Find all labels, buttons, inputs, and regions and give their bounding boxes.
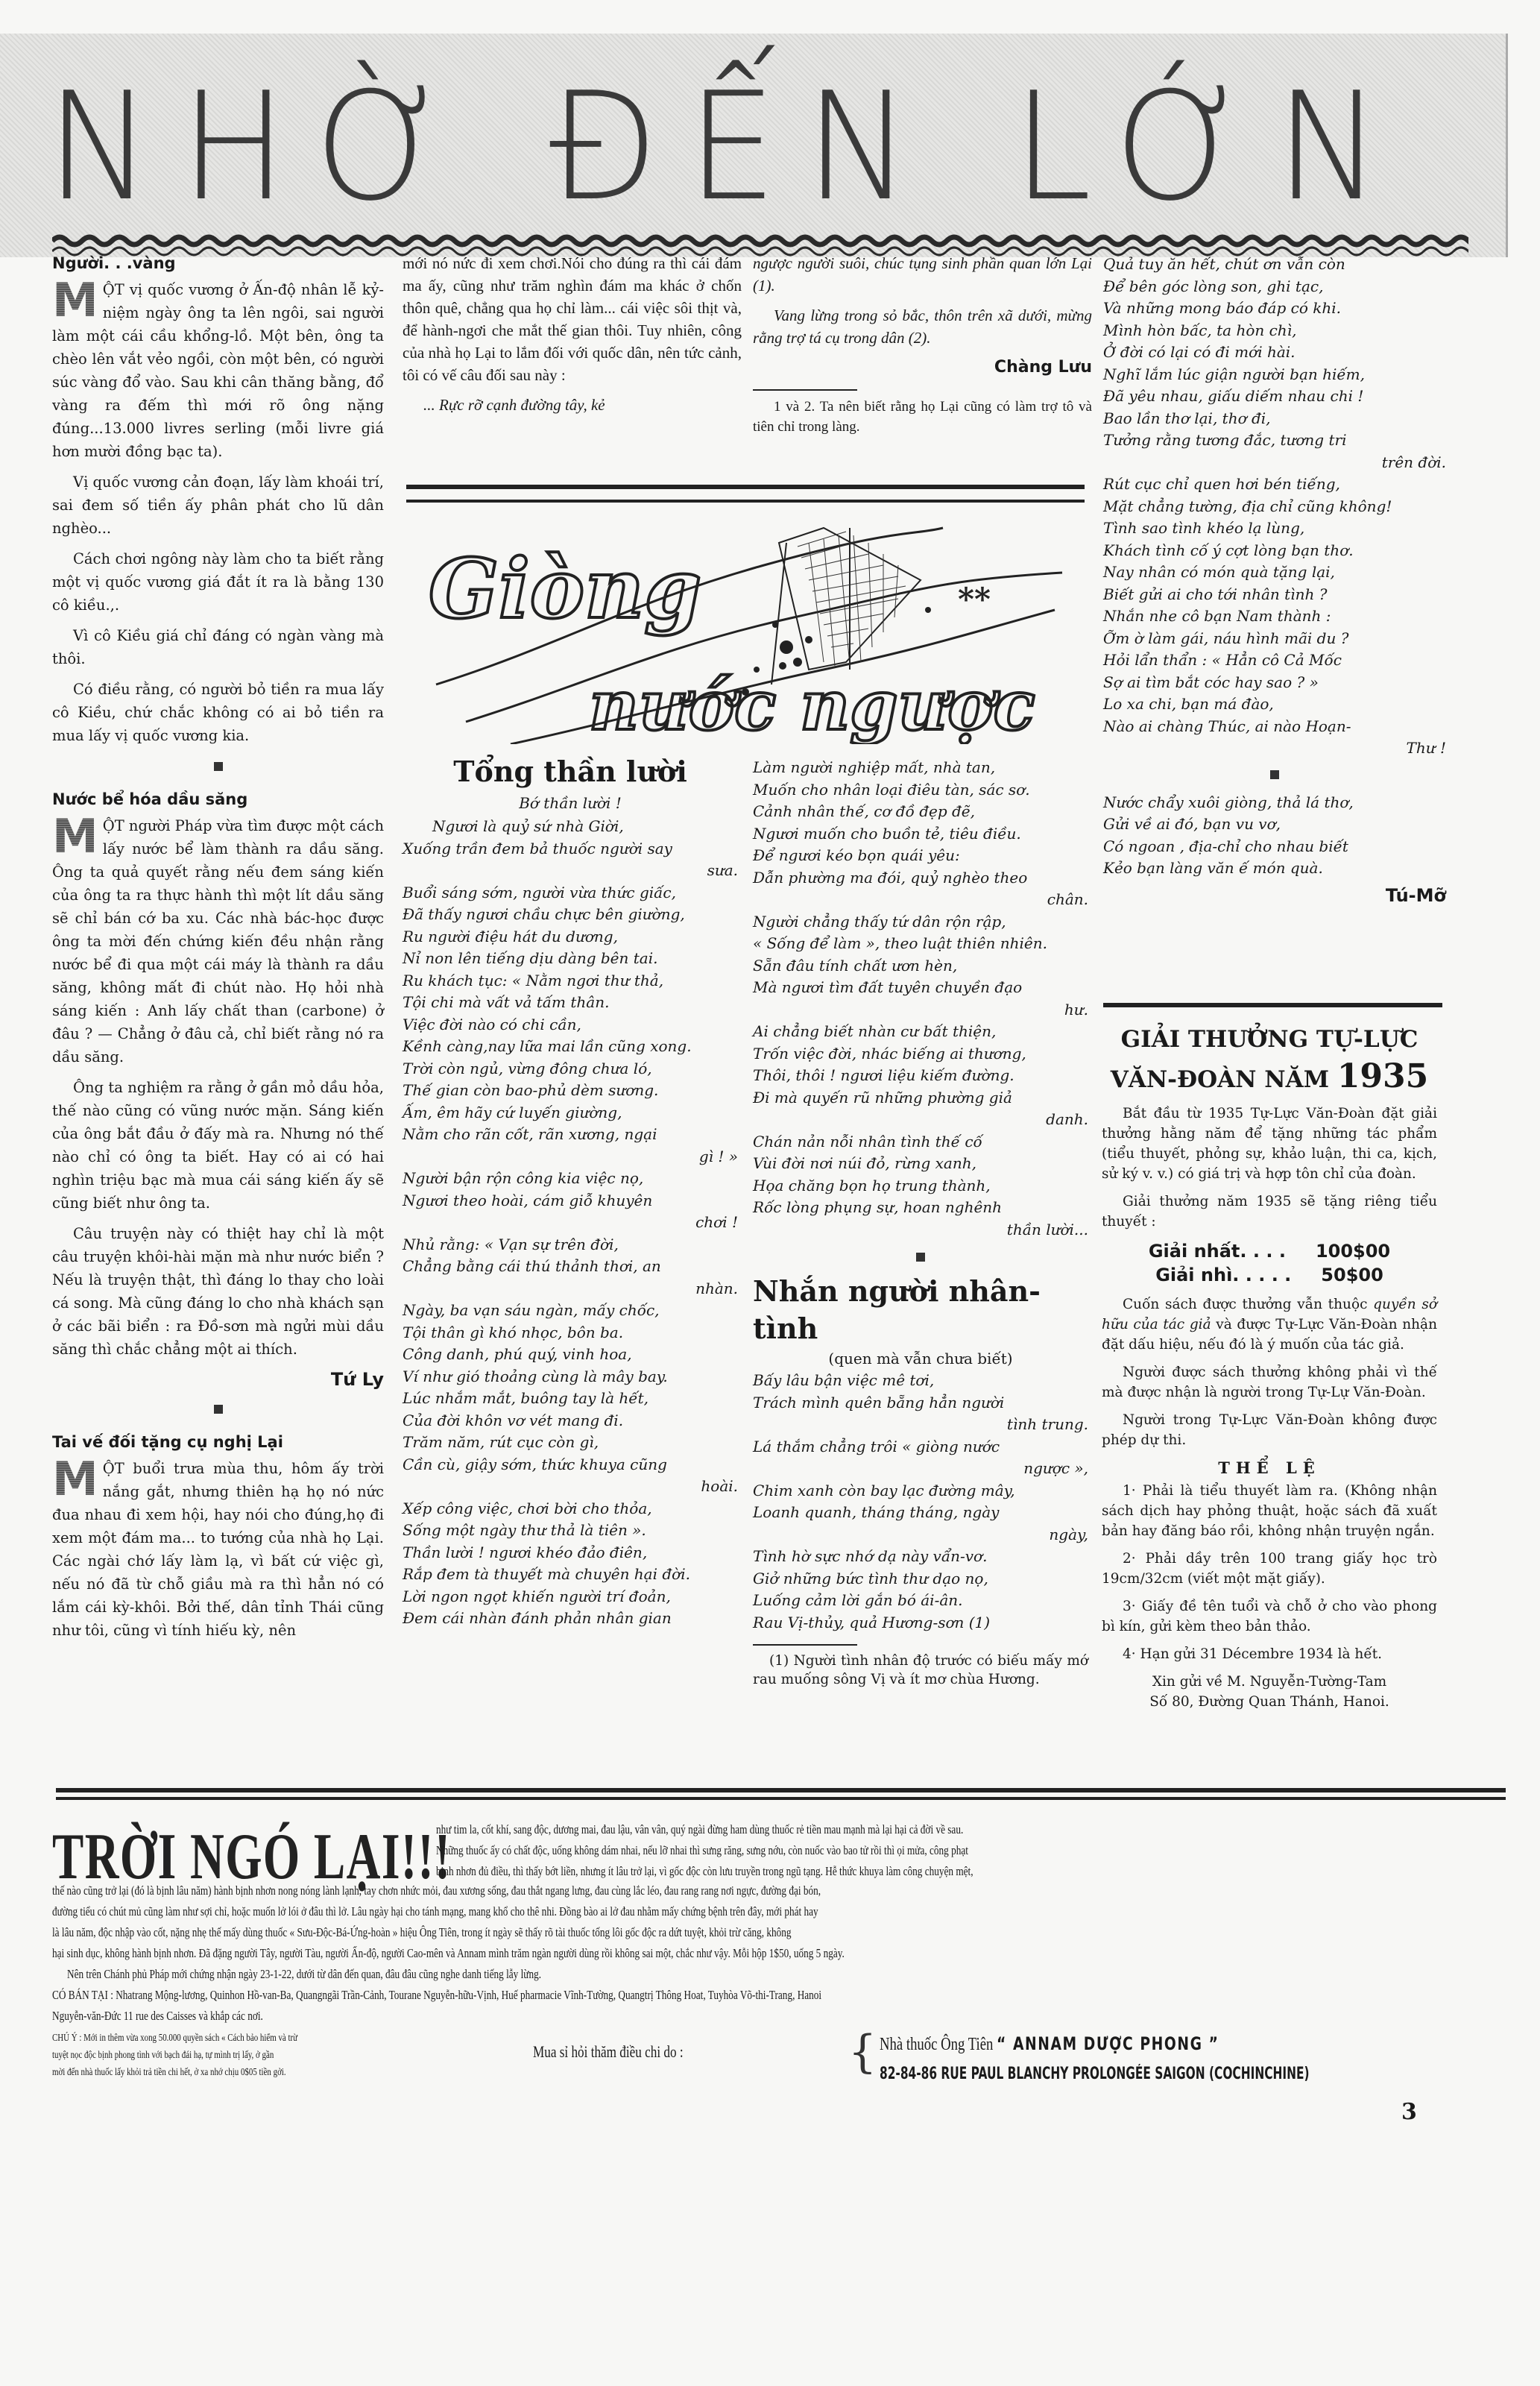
- poem-line: Thần lười ! ngươi khéo đảo điên,: [403, 1542, 738, 1564]
- footnote-divider: [753, 1644, 857, 1646]
- article-paragraph: Cách chơi ngông này làm cho ta biết rằng…: [52, 547, 384, 617]
- poem-line: Và những mong báo đáp có khi.: [1103, 298, 1446, 320]
- advert-text-line: là lâu năm, độc nhập vào cốt, nặng nhẹ t…: [52, 1922, 792, 1942]
- poem-line: Rút cục chỉ quen hơi bén tiếng,: [1103, 473, 1446, 496]
- column-3-top: ngược người suôi, chúc tụng sinh phần qu…: [753, 252, 1092, 444]
- poem-line: Ví như gió thoảng cùng là mây bay.: [403, 1366, 738, 1388]
- advert-text-line: CÓ BÁN TẠI : Nhatrang Mộng-lương, Quinho…: [52, 1985, 821, 2005]
- poem-line: Sẵn đâu tính chất ươn hèn,: [753, 955, 1088, 978]
- prize-announcement: GIẢI THƯỞNG TỰ-LỰC VĂN-ĐOÀN NĂM 1935 Bắt…: [1102, 1022, 1437, 1712]
- poem-line: Rau Vị-thủy, quả Hương-sơn (1): [753, 1612, 1088, 1634]
- poem-line: Nghĩ lắm lúc giận người bạn hiếm,: [1103, 364, 1446, 386]
- poem-line: chân.: [753, 889, 1088, 911]
- rule-item: 4· Hạn gửi 31 Décembre 1934 là hết.: [1102, 1644, 1437, 1664]
- poem-line: Lời ngon ngọt khiến người trí đoản,: [403, 1586, 738, 1608]
- advert-notice: tuyệt nọc độc bịnh phong tình với bạch đ…: [52, 2047, 274, 2064]
- poem-line: Tưởng rằng tương đắc, tương tri: [1103, 429, 1446, 452]
- article-heading-nguoi-vang: Người. . .vàng: [52, 252, 384, 275]
- address-line: Số 80, Đường Quan Thánh, Hanoi.: [1102, 1692, 1437, 1712]
- article-paragraph: Vị quốc vương cản đoạn, lấy làm khoái tr…: [52, 470, 384, 540]
- article-paragraph: Ông ta nghiệm ra rằng ở gần mỏ dầu hỏa, …: [52, 1076, 384, 1215]
- dropcap-letter: M: [52, 280, 98, 321]
- dropcap-letter: M: [52, 816, 98, 857]
- poem-line: Xếp công việc, chơi bời cho thỏa,: [403, 1498, 738, 1520]
- poem-line: Chẳng bằng cái thú thảnh thơi, an: [403, 1256, 738, 1278]
- poem-line: Nào ai chàng Thúc, ai nào Hoạn-: [1103, 716, 1446, 738]
- article-paragraph: Vì cô Kiều giá chỉ đáng có ngàn vàng mà …: [52, 624, 384, 670]
- poem-line: Bao lần thơ lại, thơ đi,: [1103, 408, 1446, 430]
- poem-line: Đi mà quyến rũ những phường giả: [753, 1087, 1088, 1109]
- poem-line: Ngươi theo hoài, cám giỗ khuyên: [403, 1190, 738, 1212]
- dropcap-letter: M: [52, 1458, 98, 1500]
- poem-line: « Sống để làm », theo luật thiên nhiên.: [753, 933, 1088, 955]
- footnote: (1) Người tình nhân độ trước có biếu mấy…: [753, 1652, 1088, 1689]
- illustration-title-line-1: Giòng: [429, 541, 701, 637]
- poem-line: Hỏi lẩn thẩn : « Hẳn cô Cả Mốc: [1103, 649, 1446, 672]
- couplet-quote: ... Rực rỡ cạnh đường tây, kẻ: [403, 394, 742, 416]
- poem-line: Dẫn phường ma đói, quỷ nghèo theo: [753, 867, 1088, 890]
- poem-line: Trốn việc đời, nhác biếng ai thương,: [753, 1043, 1088, 1065]
- prize-title-line-2: VĂN-ĐOÀN NĂM 1935: [1102, 1057, 1437, 1099]
- rule-item: 3· Giấy đề tên tuổi và chỗ ở cho vào pho…: [1102, 1596, 1437, 1637]
- advert-text-line: Nên trên Chánh phủ Pháp mới chứng nhận n…: [67, 1964, 541, 1984]
- poem-line: Vùi đời nơi núi đỏ, rừng xanh,: [753, 1153, 1088, 1175]
- poem-line: Tội thân gì khó nhọc, bôn ba.: [403, 1322, 738, 1344]
- section-separator: [52, 755, 384, 778]
- article-heading-nuoc-be: Nước bể hóa dầu săng: [52, 788, 384, 811]
- poem-line: Công danh, phú quý, vinh hoa,: [403, 1344, 738, 1366]
- section-separator: [753, 1245, 1088, 1268]
- rule-item: 2· Phải dầy trên 100 trang giấy học trò …: [1102, 1549, 1437, 1589]
- poem-line: gì ! »: [403, 1146, 738, 1168]
- poem-line: trên đời.: [1103, 452, 1446, 474]
- poem-line: Ngươi muốn cho buồn tẻ, tiêu điều.: [753, 823, 1088, 846]
- poem-line: Lá thắm chẳng trôi « giòng nước: [753, 1436, 1088, 1458]
- advert-text-line: Nguyễn-văn-Đức 11 rue des Caisses và khắ…: [52, 2006, 263, 2026]
- author-signature: Chàng Lưu: [753, 356, 1092, 379]
- prize-intro-2: Giải thưởng năm 1935 sẽ tặng riêng tiểu …: [1102, 1192, 1437, 1232]
- advert-inquiry: Mua sỉ hỏi thăm điều chi do :: [533, 2042, 684, 2062]
- poem-line: Ỡm ờ làm gái, náu hình mãi du ?: [1103, 628, 1446, 650]
- advert-text-line: bịnh nhơn đủ điều, thì thấy bớt liền, nh…: [436, 1861, 973, 1881]
- poem-line: Ở đời có lại có đi mới hài.: [1103, 341, 1446, 364]
- advert-top-rule: [56, 1788, 1506, 1800]
- poem-tong-than-luoi-continued: Làm người nghiệp mất, nhà tan,Muốn cho n…: [753, 757, 1088, 1689]
- poem-line: Ai chẳng biết nhàn cư bất thiện,: [753, 1021, 1088, 1043]
- poem-line: hoài.: [403, 1476, 738, 1498]
- prize-paragraph: Người trong Tự-Lực Văn-Đoàn không được p…: [1102, 1410, 1437, 1450]
- advert-text-line: thế nào cũng trở lại (đó là bịnh lâu năm…: [52, 1880, 821, 1901]
- poem-line: Gửi về ai đó, bạn vu vơ,: [1103, 813, 1446, 836]
- poem-line: Sống một ngày thư thả là tiên ».: [403, 1520, 738, 1542]
- poem-line: Quả tuy ăn hết, chút ơn vẫn còn: [1103, 254, 1446, 276]
- poem-line: Ngươi là quỷ sứ nhà Giời,: [403, 816, 738, 838]
- poem-line: Thôi, thôi ! ngươi liệu kiếm đường.: [753, 1065, 1088, 1087]
- poem-line: Trăm năm, rút cục còn gì,: [403, 1432, 738, 1454]
- poem-line: Xuống trần đem bả thuốc người say: [403, 838, 738, 860]
- rule-divider: [1103, 1003, 1442, 1010]
- poem-line: Cần cù, giậy sớm, thức khuya cũng: [403, 1454, 738, 1476]
- poem-line: Loanh quanh, tháng tháng, ngày: [753, 1502, 1088, 1524]
- section-separator: [52, 1397, 384, 1420]
- rules-title: THỂ LỆ: [1102, 1458, 1437, 1478]
- article-paragraph: MỘT vị quốc vương ở Ấn-độ nhân lễ kỷ-niệ…: [52, 278, 384, 463]
- poem-line: Tội chi mà vất vả tấm thân.: [403, 992, 738, 1014]
- poem-line: thần lười...: [753, 1219, 1088, 1241]
- masthead-banner: NHỜ ĐẾN LỚN: [0, 34, 1508, 257]
- poem-line: Chim xanh còn bay lạc đường mây,: [753, 1480, 1088, 1502]
- poem-line: Rốc lòng phụng sự, hoan nghênh: [753, 1197, 1088, 1219]
- article-paragraph: MỘT buổi trưa mùa thu, hôm ấy trời nắng …: [52, 1457, 384, 1642]
- advert-shop-address: 82-84-86 RUE PAUL BLANCHY PROLONGÉE SAIG…: [880, 2064, 1310, 2084]
- advert-text-line: hại sinh dục, không hành bịnh nhơn. Đã đ…: [52, 1943, 845, 1963]
- article-paragraph: Có điều rằng, có người bỏ tiền ra mua lấ…: [52, 678, 384, 747]
- poem-line: Nằm cho rãn cốt, rãn xương, ngại: [403, 1124, 738, 1146]
- poem-line: Chán nản nỗi nhân tình thế cố: [753, 1131, 1088, 1153]
- poem-line: Lo xa chi, bạn má đào,: [1103, 693, 1446, 716]
- poem-line: Việc đời nào có chi cần,: [403, 1014, 738, 1036]
- prize-paragraph: Người được sách thưởng không phải vì thế…: [1102, 1362, 1437, 1403]
- column-1: Người. . .vàng MỘT vị quốc vương ở Ấn-độ…: [52, 252, 384, 1649]
- advert-notice: CHÚ Ý : Mới in thêm vừa xong 50.000 quyề…: [52, 2030, 297, 2047]
- poem-subtitle: Bớ thần lười !: [403, 790, 738, 816]
- poem-lines: Bấy lâu bận việc mê tơi,Trách mình quên …: [753, 1370, 1088, 1634]
- illustration-title-line-2: nước ngược: [589, 665, 1035, 744]
- couplet-line: ngược người suôi, chúc tụng sinh phần qu…: [753, 252, 1092, 297]
- article-paragraph: Câu truyện này có thiệt hay chỉ là một c…: [52, 1222, 384, 1361]
- giong-nuoc-nguoc-illustration: Giòng nước ngược **: [406, 498, 1092, 744]
- poem-line: Sợ ai tìm bắt cóc hay sao ? »: [1103, 672, 1446, 694]
- poem-line: Nhủ rằng: « Vạn sự trên đời,: [403, 1234, 738, 1256]
- advert-text-line: Những thuốc ấy có chất độc, uống không d…: [436, 1840, 968, 1860]
- poem-line: Lúc nhắm mắt, buông tay là hết,: [403, 1388, 738, 1410]
- poem-line: Nỉ non lên tiếng dịu dàng bên tai.: [403, 948, 738, 970]
- page-number: 3: [1401, 2099, 1417, 2125]
- couplet-line: Vang lừng trong sỏ bắc, thôn trên xã dướ…: [753, 304, 1092, 349]
- footnote: 1 và 2. Ta nên biết rằng họ Lại cũng có …: [753, 397, 1092, 437]
- poem-line: danh.: [753, 1109, 1088, 1131]
- rule-item: 1· Phải là tiểu thuyết làm ra. (Không nh…: [1102, 1481, 1437, 1541]
- poem-line: Có ngoan , địa-chỉ cho nhau biết: [1103, 836, 1446, 858]
- column-2-top: mới nó nức đi xem chơi.Nói cho đúng ra t…: [403, 252, 742, 424]
- poem-line: tình trung.: [753, 1414, 1088, 1436]
- poem-line: Mình hòn bấc, ta hòn chì,: [1103, 320, 1446, 342]
- footnote-divider: [753, 389, 857, 391]
- newspaper-page: NHỜ ĐẾN LỚN Người. . .vàng MỘT vị quốc v…: [0, 0, 1540, 2386]
- illustration-stars: **: [958, 581, 991, 617]
- author-signature: Tú-Mỡ: [1103, 884, 1446, 907]
- poem-line: Muốn cho nhân loại điêu tàn, sác sơ.: [753, 779, 1088, 802]
- article-paragraph: MỘT người Pháp vừa tìm được một cách lấy…: [52, 814, 384, 1068]
- advert-shop-name: Nhà thuốc Ông Tiên “ ANNAM DƯỢC PHONG ”: [880, 2034, 1219, 2055]
- prize-paragraph: Cuốn sách được thưởng vẫn thuộc quyền sở…: [1102, 1294, 1437, 1355]
- author-signature: Tứ Ly: [52, 1368, 384, 1391]
- prize-intro: Bắt đầu từ 1935 Tự-Lực Văn-Đoàn đặt giải…: [1102, 1104, 1437, 1184]
- poem-line: Ru khách tục: « Nằm ngơi thư thả,: [403, 970, 738, 992]
- award-row-first: Giải nhất. . . .100$00: [1102, 1239, 1437, 1263]
- poem-lines: Ngươi là quỷ sứ nhà Giời,Xuống trần đem …: [403, 816, 738, 1630]
- poem-line: Nhắn nhe cô bạn Nam thành :: [1103, 605, 1446, 628]
- poem-line: Để bên góc lòng son, ghi tạc,: [1103, 276, 1446, 298]
- article-paragraph: mới nó nức đi xem chơi.Nói cho đúng ra t…: [403, 252, 742, 386]
- poem-line: Buổi sáng sớm, người vừa thức giấc,: [403, 882, 738, 904]
- poem-line: Rắp đem tà thuyết mà chuyên hại đời.: [403, 1564, 738, 1586]
- poem-line: Để ngươi kéo bọn quái yêu:: [753, 845, 1088, 867]
- poem-line: Nay nhân có món quà tặng lại,: [1103, 561, 1446, 584]
- advert-notice: mời đến nhà thuốc lấy khỏi trả tiền chi …: [52, 2064, 286, 2081]
- column-4: Quả tuy ăn hết, chút ơn vẫn cònĐể bên gó…: [1103, 254, 1446, 912]
- poem-line: Kềnh càng,nay lữa mai lần cũng xong.: [403, 1036, 738, 1058]
- poem-line: Luống cảm lời gắn bó ái-ân.: [753, 1590, 1088, 1612]
- poem-tong-than-luoi: Tổng thần lười Bớ thần lười ! Ngươi là q…: [403, 753, 738, 1630]
- poem-line: Trách mình quên bẵng hẳn người: [753, 1392, 1088, 1414]
- poem-lines: Làm người nghiệp mất, nhà tan,Muốn cho n…: [753, 757, 1088, 1241]
- poem-line: chơi !: [403, 1212, 738, 1234]
- poem-line: Biết gửi ai cho tới nhân tình ?: [1103, 584, 1446, 606]
- poem-line: Ru người điệu hát du dương,: [403, 926, 738, 948]
- poem-line: Giở những bức tình thư dạo nọ,: [753, 1568, 1088, 1590]
- poem-line: Ngày, ba vạn sáu ngàn, mấy chốc,: [403, 1300, 738, 1322]
- poem-lines: Nước chẩy xuôi giòng, thả lá thơ,Gửi về …: [1103, 792, 1446, 880]
- poem-line: Ấm, êm hãy cứ luyến giường,: [403, 1102, 738, 1124]
- poem-line: Kẻo bạn làng văn ế món quà.: [1103, 857, 1446, 880]
- poem-line: Thư !: [1103, 737, 1446, 760]
- poem-line: Mặt chẳng tường, địa chỉ cũng không!: [1103, 496, 1446, 518]
- poem-line: Họa chăng bọn họ trung thành,: [753, 1175, 1088, 1197]
- poem-line: nhàn.: [403, 1278, 738, 1300]
- poem-line: Bấy lâu bận việc mê tơi,: [753, 1370, 1088, 1392]
- masthead-title: NHỜ ĐẾN LỚN: [46, 82, 1392, 213]
- poem-line: sưa.: [403, 860, 738, 882]
- advert-text-line: như tim la, cốt khí, sang độc, dương mai…: [436, 1819, 963, 1839]
- address-line: Xin gửi về M. Nguyễn-Tường-Tam: [1102, 1672, 1437, 1692]
- poem-line: Khách tình cố ý cợt lòng bạn thơ.: [1103, 540, 1446, 562]
- prize-title-line-1: GIẢI THƯỞNG TỰ-LỰC: [1102, 1022, 1437, 1057]
- poem-line: Người bận rộn công kia việc nọ,: [403, 1168, 738, 1190]
- poem-line: Mà ngươi tìm đất tuyên chuyền đạo: [753, 977, 1088, 999]
- poem-line: Người chẳng thấy tứ dân rộn rập,: [753, 911, 1088, 934]
- poem-line: Thế gian còn bao-phủ dèm sương.: [403, 1080, 738, 1102]
- poem-line: Cảnh nhân thế, cơ đồ đẹp đẽ,: [753, 801, 1088, 823]
- poem-line: Trời còn ngủ, vừng đông chưa ló,: [403, 1058, 738, 1080]
- poem-line: ngược »,: [753, 1458, 1088, 1480]
- poem-title: Nhắn người nhân-tình: [753, 1273, 1088, 1347]
- poem-line: Đem cái nhàn đánh phản nhân gian: [403, 1608, 738, 1630]
- poem-line: Đã thấy ngươi chầu chực bên giường,: [403, 904, 738, 926]
- poem-line: hư.: [753, 999, 1088, 1022]
- advert-text-line: đường tiểu có chút mủ cũng làm như sợi c…: [52, 1901, 818, 1921]
- brace-decoration: {: [848, 2030, 877, 2074]
- poem-line: Đã yêu nhau, giấu diếm nhau chi !: [1103, 385, 1446, 408]
- poem-subtitle: (quen mà vẫn chưa biết): [753, 1347, 1088, 1370]
- poem-line: Nước chẩy xuôi giòng, thả lá thơ,: [1103, 792, 1446, 814]
- award-row-second: Giải nhì. . . . .50$00: [1102, 1263, 1437, 1287]
- poem-line: Làm người nghiệp mất, nhà tan,: [753, 757, 1088, 779]
- section-separator: [1103, 763, 1446, 786]
- poem-title: Tổng thần lười: [403, 753, 738, 790]
- poem-line: Của đời khôn vơ vét mang đi.: [403, 1410, 738, 1432]
- article-heading-tai-ve-doi: Tai vế đối tặng cụ nghị Lại: [52, 1431, 384, 1454]
- poem-line: Tình hờ sực nhớ dạ này vẩn-vơ.: [753, 1546, 1088, 1568]
- poem-lines: Quả tuy ăn hết, chút ơn vẫn cònĐể bên gó…: [1103, 254, 1446, 760]
- poem-line: ngày,: [753, 1524, 1088, 1546]
- poem-line: Tình sao tình khéo lạ lùng,: [1103, 517, 1446, 540]
